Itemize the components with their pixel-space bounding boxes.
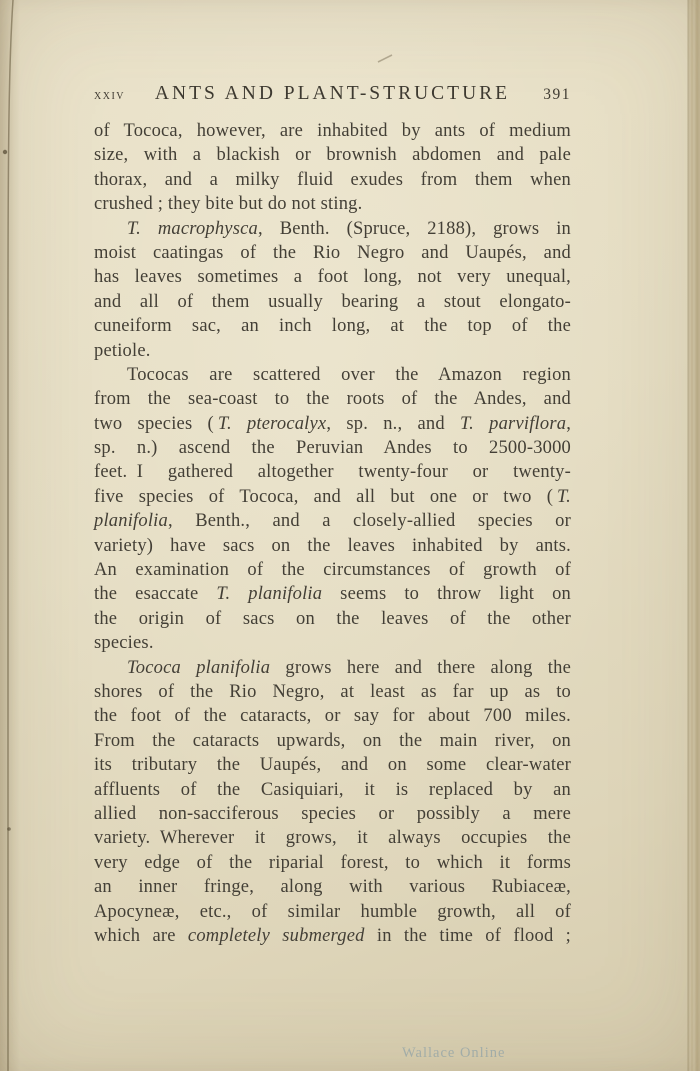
text-line: Tococa planifolia grows here and there a… [94, 656, 571, 680]
text-line: feet. I gathered altogether twenty-four … [94, 460, 571, 484]
dust-speck [3, 150, 7, 154]
text-run: sp. n.) ascend the Peruvian Andes to 250… [94, 438, 571, 458]
italic-text-run: completely submerged [188, 926, 365, 946]
text-line: T. macrophysca, Benth. (Spruce, 2188), g… [94, 217, 571, 241]
text-run: seems to throw light on [322, 584, 571, 604]
text-run: the origin of sacs on the leaves of the … [94, 609, 571, 629]
italic-text-run: T. pterocalyx [218, 414, 327, 434]
body-text: of Tococa, however, are inhabited by ant… [94, 119, 571, 948]
text-line: from the sea-coast to the roots of the A… [94, 387, 571, 411]
watermark: Wallace Online [402, 1045, 505, 1062]
text-line: petiole. [94, 339, 571, 363]
text-run: moist caatingas of the Rio Negro and Uau… [94, 243, 571, 263]
text-line: allied non-sacciferous species or possib… [94, 802, 571, 826]
page-number: 391 [543, 86, 571, 104]
text-line: of Tococa, however, are inhabited by ant… [94, 119, 571, 143]
text-line: an inner fringe, along with various Rubi… [94, 875, 571, 899]
chapter-numeral: xxiv [94, 88, 125, 104]
text-line: Tococas are scattered over the Amazon re… [94, 363, 571, 387]
text-line: planifolia, Benth., and a closely-allied… [94, 509, 571, 533]
fore-edge-pages [687, 0, 700, 1071]
text-run: which are [94, 926, 188, 946]
text-line: the foot of the cataracts, or say for ab… [94, 704, 571, 728]
text-line: which are completely submerged in the ti… [94, 924, 571, 948]
text-line: five species of Tococa, and all but one … [94, 485, 571, 509]
text-run: has leaves sometimes a foot long, not ve… [94, 267, 571, 287]
running-title: ANTS AND PLANT-STRUCTURE [155, 83, 510, 105]
italic-text-run: T. parviflora [460, 414, 566, 434]
dust-speck [7, 827, 11, 831]
text-line: very edge of the riparial forest, to whi… [94, 851, 571, 875]
text-run: variety. Wherever it grows, it always oc… [94, 828, 571, 848]
text-run: an inner fringe, along with various Rubi… [94, 877, 571, 897]
text-run: , Benth. (Spruce, 2188), grows in [258, 219, 571, 239]
italic-text-run: T. macrophysca [127, 219, 258, 239]
text-run: , [566, 414, 571, 434]
text-run: , sp. n., and [326, 414, 460, 434]
text-run: five species of Tococa, and all but one … [94, 487, 557, 507]
italic-text-run: Tococa planifolia [127, 658, 270, 678]
text-line: variety. Wherever it grows, it always oc… [94, 826, 571, 850]
text-line: its tributary the Uaupés, and on some cl… [94, 753, 571, 777]
text-line: An examination of the circumstances of g… [94, 558, 571, 582]
text-line: From the cataracts upwards, on the main … [94, 729, 571, 753]
text-run: An examination of the circumstances of g… [94, 560, 571, 580]
text-line: Apocyneæ, etc., of similar humble growth… [94, 900, 571, 924]
text-run: petiole. [94, 341, 151, 361]
text-run: from the sea-coast to the roots of the A… [94, 389, 571, 409]
text-line: the origin of sacs on the leaves of the … [94, 607, 571, 631]
text-run: From the cataracts upwards, on the main … [94, 731, 571, 751]
text-run: size, with a blackish or brownish abdome… [94, 145, 571, 165]
text-line: two species ( T. pterocalyx, sp. n., and… [94, 412, 571, 436]
book-page: xxiv ANTS AND PLANT-STRUCTURE 391 of Toc… [0, 0, 700, 1071]
text-run: of Tococa, however, are inhabited by ant… [94, 121, 571, 141]
text-line: thorax, and a milky fluid exudes from th… [94, 168, 571, 192]
text-line: size, with a blackish or brownish abdome… [94, 143, 571, 167]
page-header: xxiv ANTS AND PLANT-STRUCTURE 391 [94, 82, 571, 108]
text-line: crushed ; they bite but do not sting. [94, 192, 571, 216]
paragraph: of Tococa, however, are inhabited by ant… [94, 119, 571, 217]
text-run: species. [94, 633, 154, 653]
italic-text-run: planifolia [94, 511, 168, 531]
text-line: variety) have sacs on the leaves inhabit… [94, 534, 571, 558]
text-run: its tributary the Uaupés, and on some cl… [94, 755, 571, 775]
text-line: sp. n.) ascend the Peruvian Andes to 250… [94, 436, 571, 460]
text-run: thorax, and a milky fluid exudes from th… [94, 170, 571, 190]
text-run: the esaccate [94, 584, 216, 604]
text-run: feet. I gathered altogether twenty-four … [94, 462, 571, 482]
text-line: and all of them usually bearing a stout … [94, 290, 571, 314]
text-run: affluents of the Casiquiari, it is repla… [94, 780, 571, 800]
text-line: cuneiform sac, an inch long, at the top … [94, 314, 571, 338]
text-run: shores of the Rio Negro, at least as far… [94, 682, 571, 702]
paragraph: T. macrophysca, Benth. (Spruce, 2188), g… [94, 217, 571, 363]
text-line: affluents of the Casiquiari, it is repla… [94, 778, 571, 802]
text-run: Tococas are scattered over the Amazon re… [127, 365, 571, 385]
paragraph: Tococas are scattered over the Amazon re… [94, 363, 571, 656]
text-line: species. [94, 631, 571, 655]
text-run: the foot of the cataracts, or say for ab… [94, 706, 571, 726]
text-run: Apocyneæ, etc., of similar humble growth… [94, 902, 571, 922]
text-line: the esaccate T. planifolia seems to thro… [94, 582, 571, 606]
binding-shadow [0, 0, 20, 1071]
text-line: shores of the Rio Negro, at least as far… [94, 680, 571, 704]
text-run: two species ( [94, 414, 218, 434]
text-run: grows here and there along the [270, 658, 571, 678]
text-run: very edge of the riparial forest, to whi… [94, 853, 571, 873]
text-run: cuneiform sac, an inch long, at the top … [94, 316, 571, 336]
text-run: , Benth., and a closely-allied species o… [168, 511, 571, 531]
italic-text-run: T. planifolia [216, 584, 322, 604]
text-run: crushed ; they bite but do not sting. [94, 194, 362, 214]
left-page-edge-line [8, 0, 13, 1071]
text-run: and all of them usually bearing a stout … [94, 292, 571, 312]
paper-scratch [378, 55, 392, 62]
text-run: variety) have sacs on the leaves inhabit… [94, 536, 571, 556]
paragraph: Tococa planifolia grows here and there a… [94, 656, 571, 949]
text-line: moist caatingas of the Rio Negro and Uau… [94, 241, 571, 265]
text-line: has leaves sometimes a foot long, not ve… [94, 265, 571, 289]
text-run: in the time of flood ; [365, 926, 571, 946]
text-run: allied non-sacciferous species or possib… [94, 804, 571, 824]
italic-text-run: T. [557, 487, 571, 507]
